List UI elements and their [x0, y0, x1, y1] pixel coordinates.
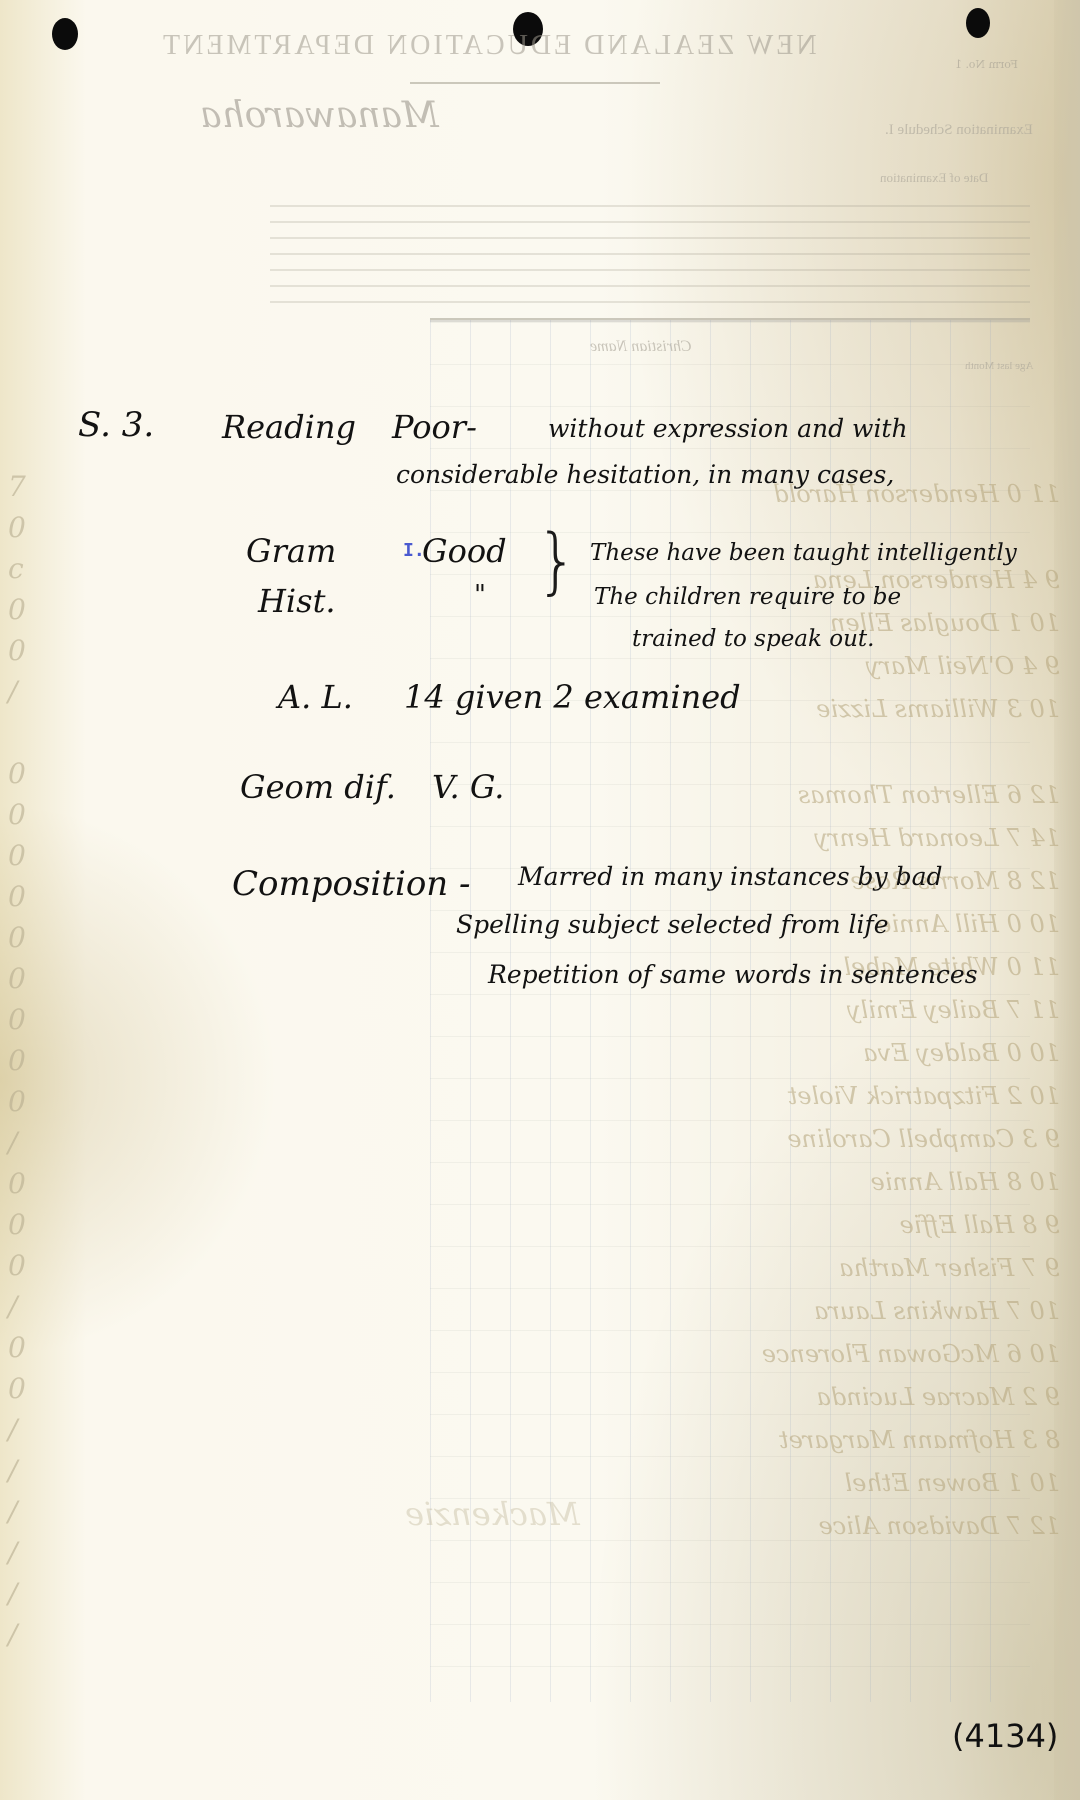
- bleed-date-label: Date of Examination: [880, 170, 988, 186]
- bleed-row: 10 8 Hall Annie: [640, 1168, 1060, 1211]
- grade-geometry: V. G.: [432, 768, 504, 806]
- bracket-brace: }: [536, 518, 578, 603]
- comment-composition-line1: Marred in many instances by bad: [518, 862, 943, 891]
- punch-hole-left: [52, 18, 78, 50]
- comment-grammar-line2: The children require to be: [594, 584, 901, 610]
- standard-label: S. 3.: [78, 405, 154, 445]
- subject-grammar: Gram: [246, 532, 336, 570]
- grade-al: 14 given 2 examined: [404, 678, 741, 716]
- grade-history: ": [474, 580, 486, 610]
- grade-grammar: Good: [422, 532, 507, 570]
- subject-history: Hist.: [258, 582, 336, 620]
- bleed-row: [640, 738, 1060, 781]
- comment-composition-line2: Spelling subject selected from life: [456, 910, 889, 939]
- bleed-row: 10 2 Fitzpatrick Violet: [640, 1082, 1060, 1125]
- bleed-form-number: Form No. 1: [955, 58, 1018, 71]
- comment-grammar-line1: These have been taught intelligently: [590, 540, 1017, 566]
- bleed-row: 12 6 Ellerton Thomas: [640, 781, 1060, 824]
- bleed-row: 9 7 Fisher Martha: [640, 1254, 1060, 1297]
- bleed-row: 11 7 Bailey Emily: [640, 996, 1060, 1039]
- bleed-signature: Mackenzie: [405, 1495, 580, 1533]
- bleed-margin-marks: 70c00/ 000000000/000/00//////: [8, 470, 48, 1659]
- comment-reading-line1: without expression and with: [548, 414, 908, 443]
- grade-reading: Poor-: [392, 408, 477, 446]
- bleed-row: 8 3 Hofmann Margaret: [640, 1426, 1060, 1469]
- bleed-row: 10 6 McGowan Florence: [640, 1340, 1060, 1383]
- bleed-title-rule: [410, 82, 660, 84]
- bleed-row: 10 0 Baldey Eva: [640, 1039, 1060, 1082]
- bleed-row: 9 2 Macrae Lucinda: [640, 1383, 1060, 1426]
- document-page: NEW ZEALAND EDUCATION DEPARTMENT Form No…: [0, 0, 1080, 1800]
- subject-al: A. L.: [278, 678, 353, 716]
- comment-composition-line3: Repetition of same words in sentences: [488, 960, 978, 989]
- bleed-school-name: Manawaroha: [200, 95, 439, 136]
- bleed-row: 14 7 Leonard Henry: [640, 824, 1060, 867]
- subject-geometry: Geom dif.: [240, 768, 396, 806]
- bleed-row: 12 7 Davidson Alice: [640, 1512, 1060, 1555]
- comment-reading-line2: considerable hesitation, in many cases,: [396, 460, 894, 489]
- punch-hole-right: [966, 8, 990, 38]
- bleed-form-title: NEW ZEALAND EDUCATION DEPARTMENT: [160, 30, 817, 62]
- bleed-schedule-label: Examination Schedule I.: [885, 122, 1033, 139]
- reference-number: (4134): [952, 1717, 1058, 1755]
- bleed-directions-block: [270, 205, 1030, 315]
- subject-reading: Reading: [222, 408, 356, 446]
- subject-composition: Composition -: [232, 864, 470, 904]
- bleed-row: [640, 1555, 1060, 1598]
- bleed-row: 10 1 Bowen Ethel: [640, 1469, 1060, 1512]
- bleed-row: 9 8 Hall Effie: [640, 1211, 1060, 1254]
- comment-grammar-line3: trained to speak out.: [632, 626, 874, 652]
- bleed-row: 9 3 Campbell Caroline: [640, 1125, 1060, 1168]
- bleed-row: 10 7 Hawkins Laura: [640, 1297, 1060, 1340]
